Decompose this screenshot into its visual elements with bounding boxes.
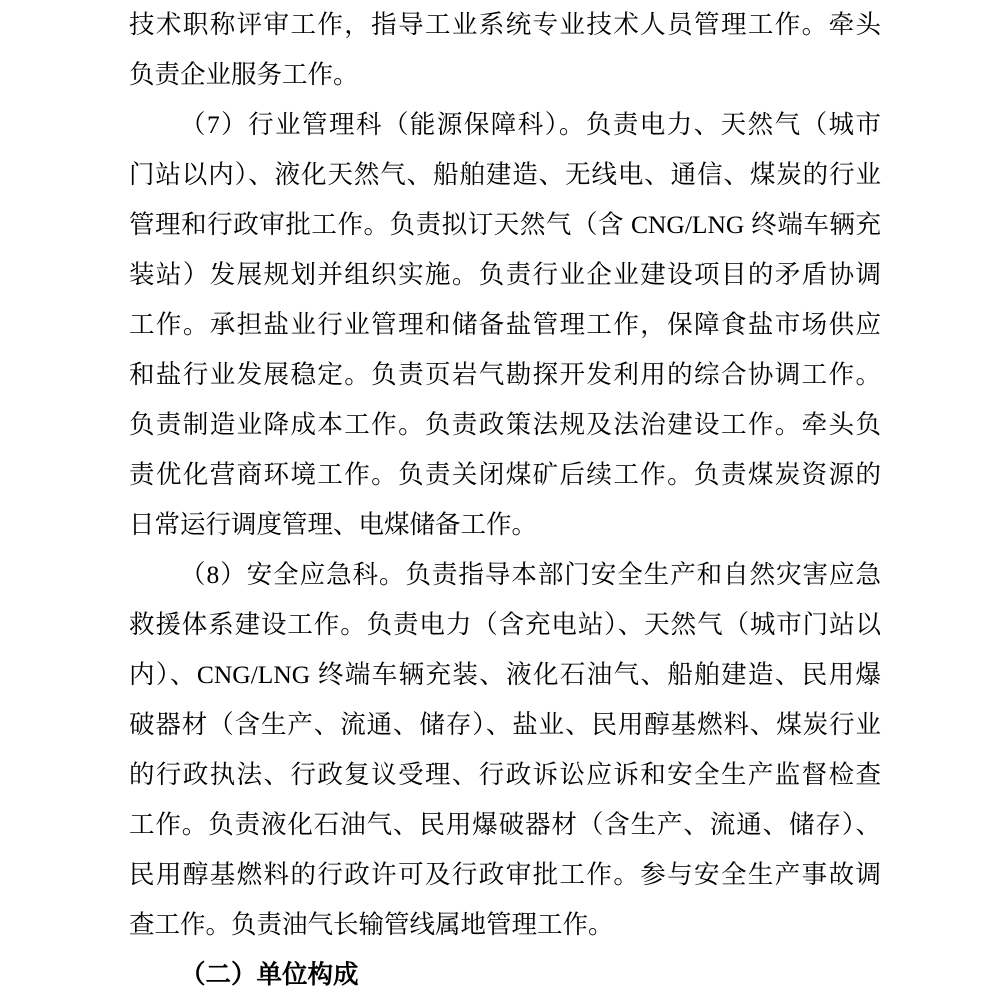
doc-line-13: 救援体系建设工作。负责电力（含充电站）、天然气（城市门站以 bbox=[129, 600, 881, 650]
doc-line-15: 破器材（含生产、流通、储存）、盐业、民用醇基燃料、煤炭行业 bbox=[129, 700, 881, 750]
doc-line-01: 技术职称评审工作，指导工业系统专业技术人员管理工作。牵头 bbox=[129, 0, 881, 50]
doc-line-03-section-7-start: （7）行业管理科（能源保障科）。负责电力、天然气（城市 bbox=[129, 100, 881, 150]
doc-line-05: 管理和行政审批工作。负责拟订天然气（含 CNG/LNG 终端车辆充 bbox=[129, 200, 881, 250]
doc-line-10: 责优化营商环境工作。负责关闭煤矿后续工作。负责煤炭资源的 bbox=[129, 450, 881, 500]
doc-line-16: 的行政执法、行政复议受理、行政诉讼应诉和安全生产监督检查 bbox=[129, 750, 881, 800]
doc-line-08: 和盐行业发展稳定。负责页岩气勘探开发利用的综合协调工作。 bbox=[129, 350, 881, 400]
doc-line-07: 工作。承担盐业行业管理和储备盐管理工作，保障食盐市场供应 bbox=[129, 300, 881, 350]
doc-line-20-section-heading: （二）单位构成 bbox=[129, 950, 881, 1000]
doc-line-02: 负责企业服务工作。 bbox=[129, 50, 881, 100]
doc-line-12-section-8-start: （8）安全应急科。负责指导本部门安全生产和自然灾害应急 bbox=[129, 550, 881, 600]
document-page: 技术职称评审工作，指导工业系统专业技术人员管理工作。牵头 负责企业服务工作。 （… bbox=[0, 0, 1000, 1001]
doc-line-19: 查工作。负责油气长输管线属地管理工作。 bbox=[129, 900, 881, 950]
document-text-block: 技术职称评审工作，指导工业系统专业技术人员管理工作。牵头 负责企业服务工作。 （… bbox=[129, 0, 881, 1000]
doc-line-06: 装站）发展规划并组织实施。负责行业企业建设项目的矛盾协调 bbox=[129, 250, 881, 300]
doc-line-14: 内）、CNG/LNG 终端车辆充装、液化石油气、船舶建造、民用爆 bbox=[129, 650, 881, 700]
doc-line-11: 日常运行调度管理、电煤储备工作。 bbox=[129, 500, 881, 550]
doc-line-04: 门站以内）、液化天然气、船舶建造、无线电、通信、煤炭的行业 bbox=[129, 150, 881, 200]
doc-line-18: 民用醇基燃料的行政许可及行政审批工作。参与安全生产事故调 bbox=[129, 850, 881, 900]
doc-line-17: 工作。负责液化石油气、民用爆破器材（含生产、流通、储存）、 bbox=[129, 800, 881, 850]
doc-line-09: 负责制造业降成本工作。负责政策法规及法治建设工作。牵头负 bbox=[129, 400, 881, 450]
